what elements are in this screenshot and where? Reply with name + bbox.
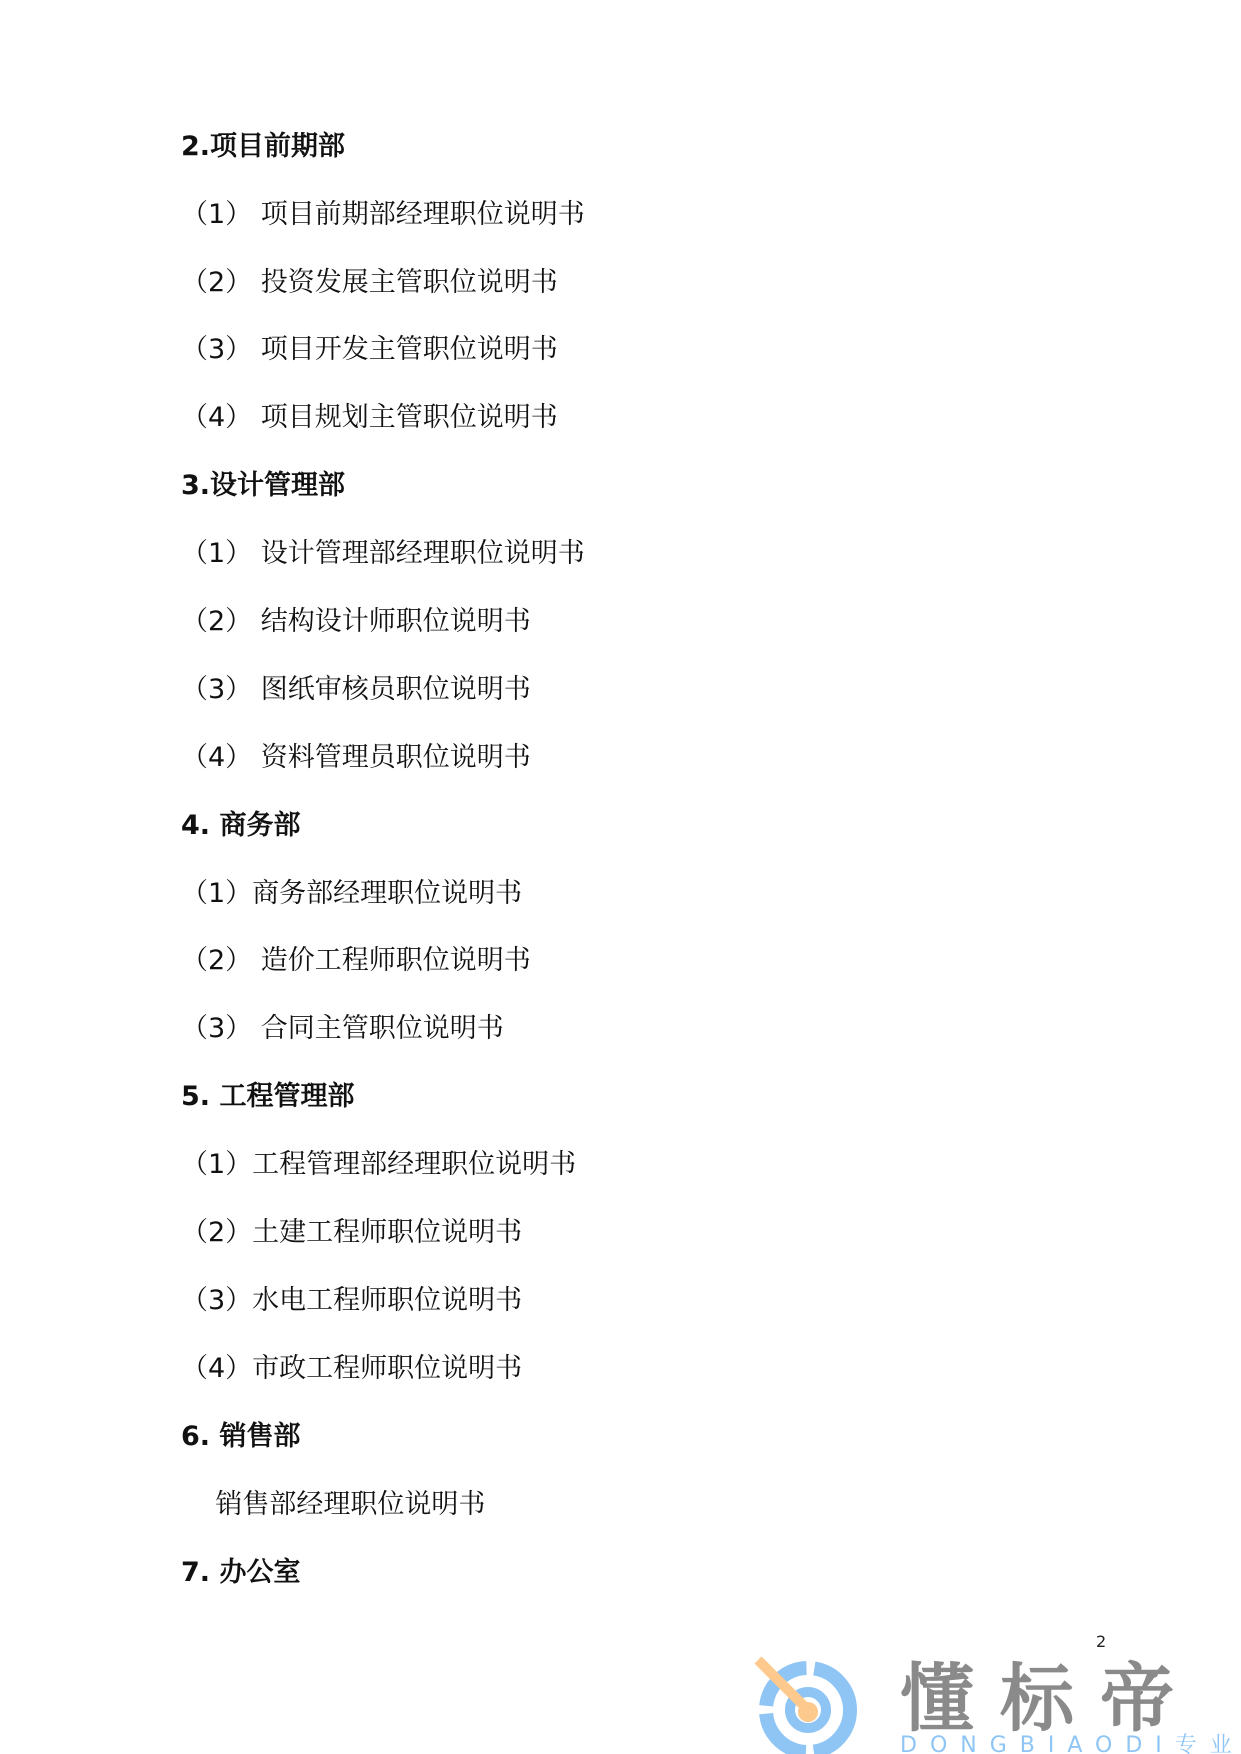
section-heading: 7. 办公室 bbox=[181, 1556, 300, 1590]
toc-item: （1）工程管理部经理职位说明书 bbox=[181, 1148, 576, 1182]
toc-item: 销售部经理职位说明书 bbox=[181, 1488, 485, 1522]
toc-item: （2） 投资发展主管职位说明书 bbox=[181, 266, 558, 300]
toc-item: （2）土建工程师职位说明书 bbox=[181, 1216, 522, 1250]
toc-item: （4）市政工程师职位说明书 bbox=[181, 1352, 522, 1386]
toc-item: （3） 图纸审核员职位说明书 bbox=[181, 673, 531, 707]
watermark-logo: 懂标帝 DONGBIAODI专业版 bbox=[740, 1640, 1241, 1754]
section-heading: 5. 工程管理部 bbox=[181, 1080, 354, 1114]
toc-item: （4） 项目规划主管职位说明书 bbox=[181, 401, 558, 435]
toc-item: （4） 资料管理员职位说明书 bbox=[181, 741, 531, 775]
section-heading: 4. 商务部 bbox=[181, 809, 300, 843]
toc-item: （3） 合同主管职位说明书 bbox=[181, 1012, 504, 1046]
target-arrow-icon bbox=[748, 1640, 878, 1754]
section-heading: 2.项目前期部 bbox=[181, 130, 345, 164]
section-heading: 3.设计管理部 bbox=[181, 469, 345, 503]
toc-item: （2） 结构设计师职位说明书 bbox=[181, 605, 531, 639]
toc-item: （1）商务部经理职位说明书 bbox=[181, 877, 522, 911]
toc-item: （1） 项目前期部经理职位说明书 bbox=[181, 198, 585, 232]
toc-item: （3） 项目开发主管职位说明书 bbox=[181, 333, 558, 367]
toc-item: （2） 造价工程师职位说明书 bbox=[181, 944, 531, 978]
toc-item: （3）水电工程师职位说明书 bbox=[181, 1284, 522, 1318]
toc-item: （1） 设计管理部经理职位说明书 bbox=[181, 537, 585, 571]
section-heading: 6. 销售部 bbox=[181, 1420, 300, 1454]
brand-name-en: DONGBIAODI专业版 bbox=[900, 1728, 1241, 1754]
